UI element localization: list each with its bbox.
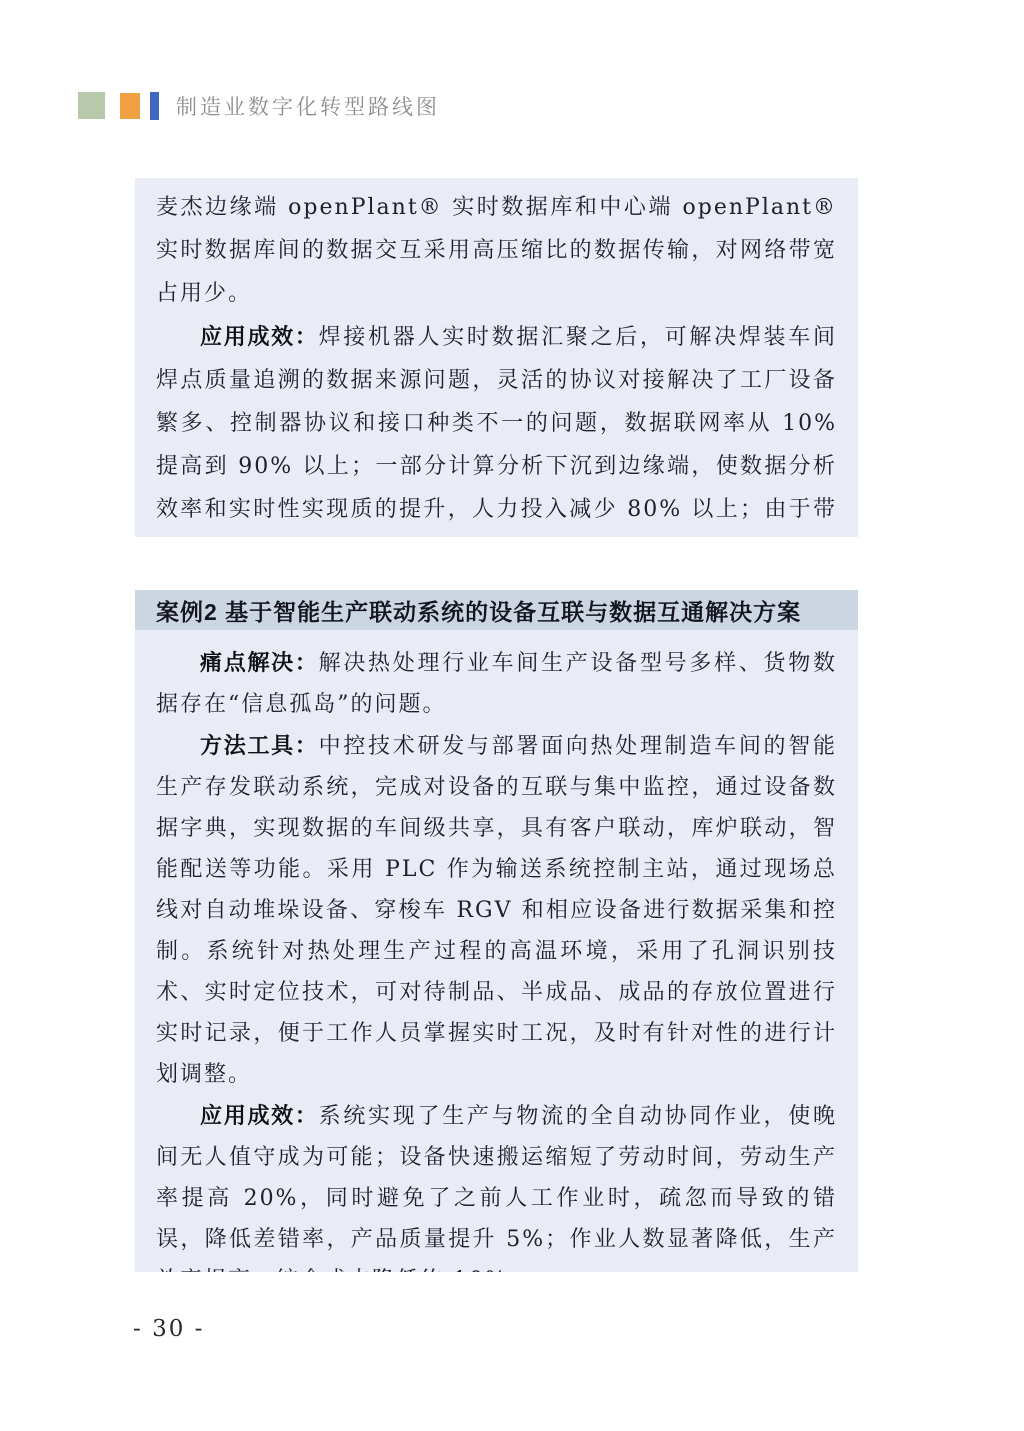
effect-text: 焊接机器人实时数据汇聚之后，可解决焊装车间焊点质量追溯的数据来源问题，灵活的协议… <box>156 325 837 537</box>
brand-square-orange-icon <box>120 93 140 119</box>
case2-method-paragraph: 方法工具：中控技术研发与部署面向热处理制造车间的智能生产存发联动系统，完成对设备… <box>156 725 837 1095</box>
brand-bar-blue-icon <box>150 92 159 120</box>
brand-square-green-icon <box>78 92 105 119</box>
intro-effect-paragraph: 应用成效：焊接机器人实时数据汇聚之后，可解决焊装车间焊点质量追溯的数据来源问题，… <box>156 315 837 537</box>
intro-paragraph-text: 麦杰边缘端 openPlant® 实时数据库和中心端 openPlant® 实时… <box>156 195 837 306</box>
intro-paragraph: 麦杰边缘端 openPlant® 实时数据库和中心端 openPlant® 实时… <box>156 186 837 315</box>
document-page: 制造业数字化转型路线图 麦杰边缘端 openPlant® 实时数据库和中心端 o… <box>0 0 1024 1431</box>
running-header: 制造业数字化转型路线图 <box>78 91 440 120</box>
case2-effect-label: 应用成效： <box>200 1103 319 1128</box>
case2-effect-text: 系统实现了生产与物流的全自动协同作业，使晚间无人值守成为可能；设备快速搬运缩短了… <box>156 1104 837 1272</box>
method-text: 中控技术研发与部署面向热处理制造车间的智能生产存发联动系统，完成对设备的互联与集… <box>156 734 837 1087</box>
intro-content-box: 麦杰边缘端 openPlant® 实时数据库和中心端 openPlant® 实时… <box>135 178 858 537</box>
case2-heading-band: 案例2 基于智能生产联动系统的设备互联与数据互通解决方案 <box>135 590 858 630</box>
page-number: - 30 - <box>133 1316 204 1342</box>
case2-pain-paragraph: 痛点解决：解决热处理行业车间生产设备型号多样、货物数据存在“信息孤岛”的问题。 <box>156 642 837 725</box>
method-label: 方法工具： <box>200 733 319 758</box>
pain-label: 痛点解决： <box>200 650 319 675</box>
document-header-title: 制造业数字化转型路线图 <box>176 91 440 121</box>
effect-label: 应用成效： <box>200 324 319 349</box>
case2-content-box: 痛点解决：解决热处理行业车间生产设备型号多样、货物数据存在“信息孤岛”的问题。 … <box>135 630 858 1272</box>
case2-effect-paragraph: 应用成效：系统实现了生产与物流的全自动协同作业，使晚间无人值守成为可能；设备快速… <box>156 1095 837 1272</box>
case2-heading: 案例2 基于智能生产联动系统的设备互联与数据互通解决方案 <box>156 594 801 627</box>
